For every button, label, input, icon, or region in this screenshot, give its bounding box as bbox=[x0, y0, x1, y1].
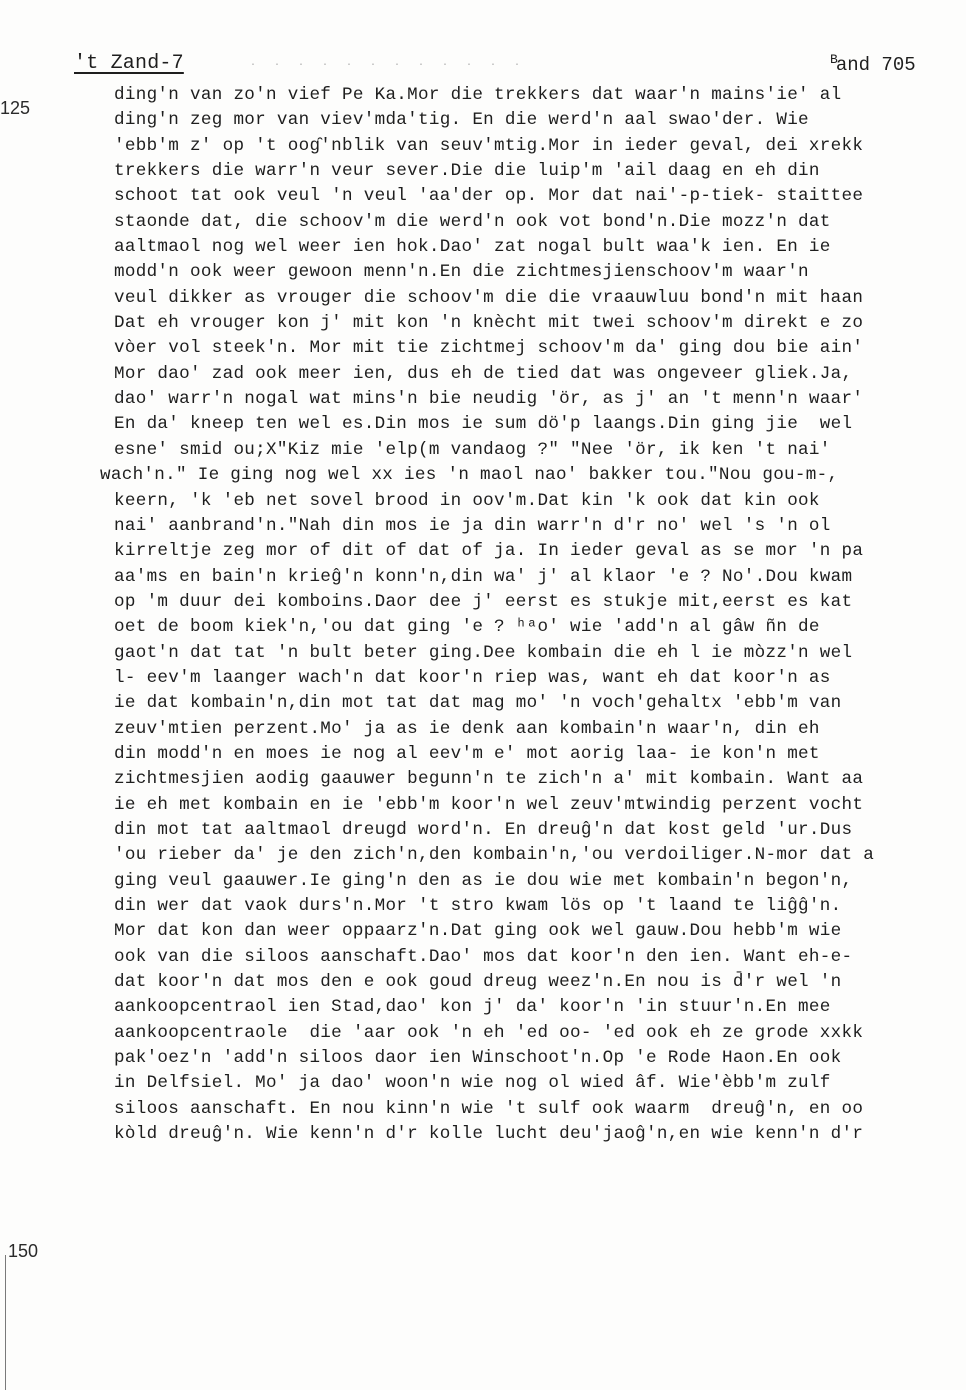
transcript-line: in Delfsiel. Mo' ja dao' woon'n wie nog … bbox=[114, 1071, 966, 1096]
transcript-line: oet de boom kiek'n,'ou dat ging 'e ? ʰᵃo… bbox=[114, 615, 966, 640]
margin-line-number-125: 125 bbox=[0, 98, 30, 119]
transcript-line: ging veul gaauwer.Ie ging'n den as ie do… bbox=[114, 869, 966, 894]
transcript-line: nai' aanbrand'n."Nah din mos ie ja din w… bbox=[114, 514, 966, 539]
transcript-line: dat koor'n dat mos den e ook goud dreug … bbox=[114, 970, 966, 995]
typed-page: . . . . . . . . . . . . 't Zand-7 Band 7… bbox=[0, 0, 966, 1390]
transcript-line: siloos aanschaft. En nou kinn'n wie 't s… bbox=[114, 1097, 966, 1122]
transcript-line: ding'n van zo'n vief Pe Ka.Mor die trekk… bbox=[114, 83, 966, 108]
transcript-line: esne' smid ou;X"Kiz mie 'elp(m vandaog ?… bbox=[114, 438, 966, 463]
transcript-line: wach'n." Ie ging nog wel xx ies 'n maol … bbox=[100, 463, 966, 488]
transcript-line: zeuv'mtien perzent.Mo' ja as ie denk aan… bbox=[114, 717, 966, 742]
transcript-line: din wer dat vaok durs'n.Mor 't stro kwam… bbox=[114, 894, 966, 919]
transcript-line: op 'm duur dei komboins.Daor dee j' eers… bbox=[114, 590, 966, 615]
transcript-line: ding'n zeg mor van viev'mda'tig. En die … bbox=[114, 108, 966, 133]
transcript-line: dao' warr'n nogal wat mins'n bie neudig … bbox=[114, 387, 966, 412]
transcript-line: aankoopcentraol ien Stad,dao' kon j' da'… bbox=[114, 995, 966, 1020]
transcript-line: Dat eh vrouger kon j' mit kon 'n knècht … bbox=[114, 311, 966, 336]
transcript-line: ie dat kombain'n,din mot tat dat mag mo'… bbox=[114, 691, 966, 716]
transcript-line: aaltmaol nog wel weer ien hok.Dao' zat n… bbox=[114, 235, 966, 260]
transcript-line: aa'ms en bain'n krieĝ'n konn'n,din wa' j… bbox=[114, 565, 966, 590]
transcript-line: din mot tat aaltmaol dreugd word'n. En d… bbox=[114, 818, 966, 843]
transcript-line: Mor dao' zad ook meer ien, dus eh de tie… bbox=[114, 362, 966, 387]
transcript-line: din modd'n en moes ie nog al eev'm e' mo… bbox=[114, 742, 966, 767]
transcript-line: veul dikker as vrouger die schoov'm die … bbox=[114, 286, 966, 311]
transcript-line: keern, 'k 'eb net sovel brood in oov'm.D… bbox=[114, 489, 966, 514]
transcript-line: aankoopcentraole die 'aar ook 'n eh 'ed … bbox=[114, 1021, 966, 1046]
transcript-line: ook van die siloos aanschaft.Dao' mos da… bbox=[114, 945, 966, 970]
transcript-line: Mor dat kon dan weer oppaarz'n.Dat ging … bbox=[114, 919, 966, 944]
transcript-line: kòld dreuĝ'n. Wie kenn'n d'r kolle lucht… bbox=[114, 1122, 966, 1147]
header-tape-label: and 705 bbox=[836, 54, 916, 76]
scan-artifact-dots: . . . . . . . . . . . . bbox=[250, 58, 526, 69]
transcript-line: staonde dat, die schoov'm die werd'n ook… bbox=[114, 210, 966, 235]
transcript-line: zichtmesjien aodig gaauwer begunn'n te z… bbox=[114, 767, 966, 792]
transcript-line: gaot'n dat tat 'n bult beter ging.Dee ko… bbox=[114, 641, 966, 666]
transcript-line: trekkers die warr'n veur sever.Die die l… bbox=[114, 159, 966, 184]
transcript-line: En da' kneep ten wel es.Din mos ie sum d… bbox=[114, 412, 966, 437]
transcript-line: 'ebb'm z' op 't oog̑'nblik van seuv'mtig… bbox=[114, 134, 966, 159]
transcript-body: ding'n van zo'n vief Pe Ka.Mor die trekk… bbox=[114, 83, 966, 1147]
transcript-line: kirreltje zeg mor of dit of dat of ja. I… bbox=[114, 539, 966, 564]
transcript-line: ie eh met kombain en ie 'ebb'm koor'n we… bbox=[114, 793, 966, 818]
page-header-tape-number: Band 705 bbox=[830, 52, 916, 76]
margin-rule bbox=[5, 1255, 6, 1390]
margin-line-number-150: 150 bbox=[8, 1241, 38, 1262]
transcript-line: vòer vol steek'n. Mor mit tie zichtmej s… bbox=[114, 336, 966, 361]
transcript-line: 'ou rieber da' je den zich'n,den kombain… bbox=[114, 843, 966, 868]
page-header-title: 't Zand-7 bbox=[74, 52, 184, 75]
transcript-line: schoot tat ook veul 'n veul 'aa'der op. … bbox=[114, 184, 966, 209]
transcript-line: l- eev'm laanger wach'n dat koor'n riep … bbox=[114, 666, 966, 691]
transcript-line: pak'oez'n 'add'n siloos daor ien Winscho… bbox=[114, 1046, 966, 1071]
transcript-line: modd'n ook weer gewoon menn'n.En die zic… bbox=[114, 260, 966, 285]
